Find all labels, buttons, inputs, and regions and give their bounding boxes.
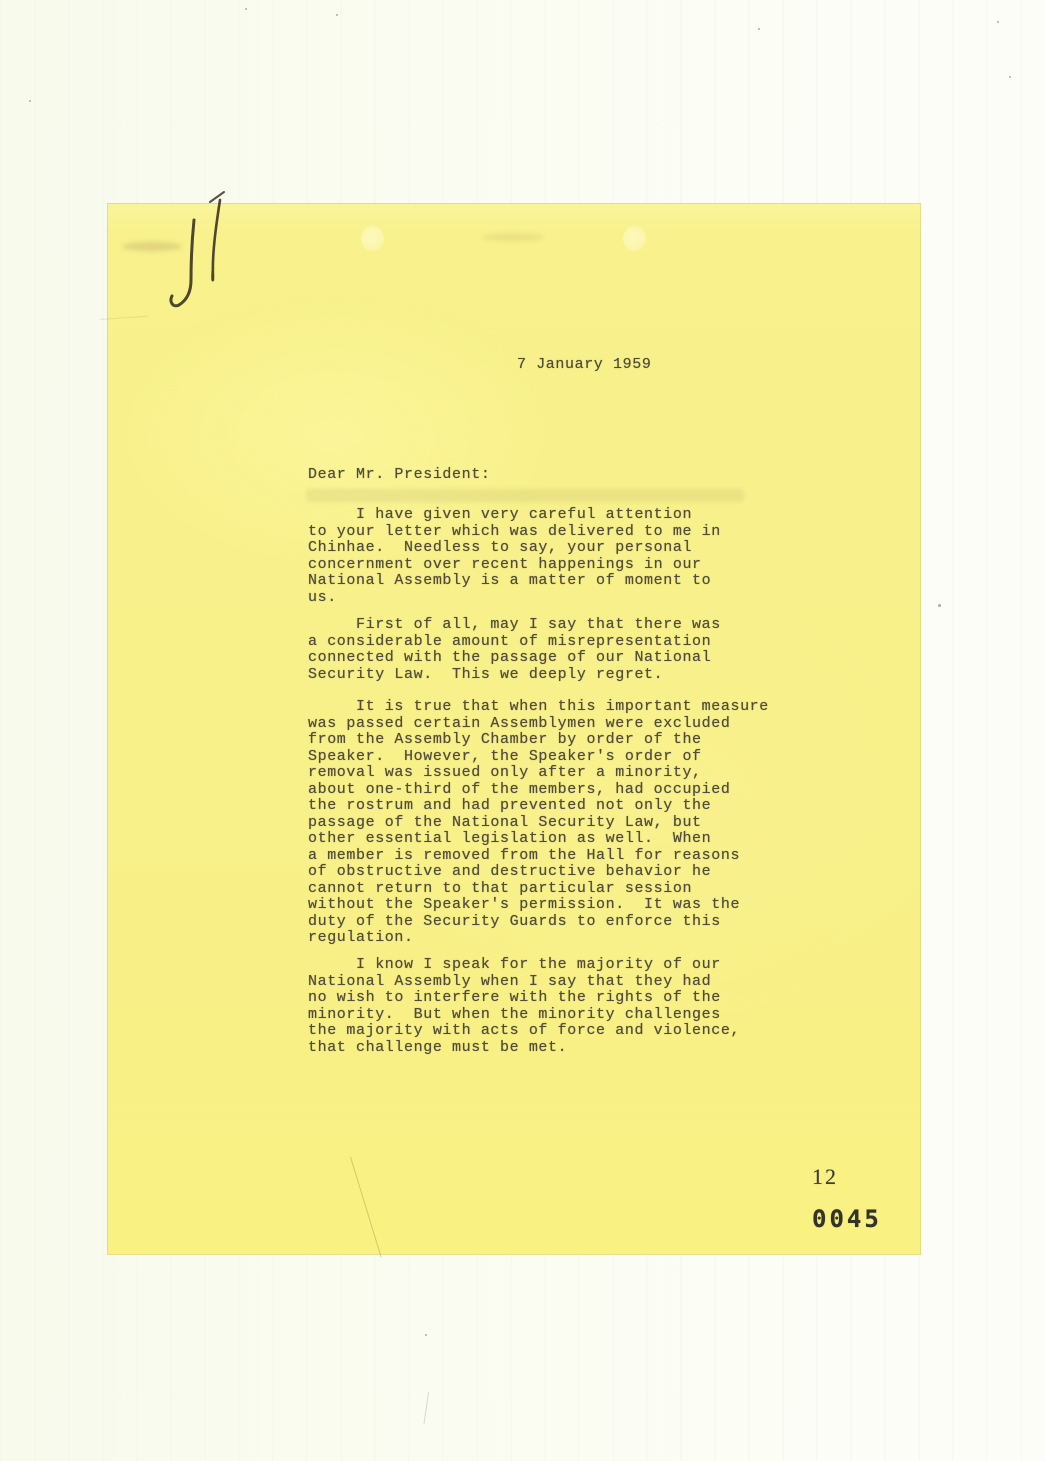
scan-speck: [1009, 76, 1011, 78]
paragraph: First of all, may I say that there was a…: [308, 617, 721, 683]
paragraph: It is true that when this important meas…: [308, 699, 769, 947]
salutation: Dear Mr. President:: [308, 467, 490, 484]
page-number: 12: [812, 1164, 838, 1190]
scanned-page: 7 January 1959 Dear Mr. President: I hav…: [0, 0, 1046, 1461]
paragraph: I know I speak for the majority of our N…: [308, 957, 740, 1056]
punch-hole-mark: [361, 226, 384, 251]
pencil-smudge: [122, 242, 182, 251]
paragraph: I have given very careful attention to y…: [308, 507, 721, 606]
punch-hole-mark: [623, 226, 646, 251]
scan-speck: [425, 1334, 427, 1336]
scan-speck: [997, 21, 999, 23]
scan-speck: [336, 14, 338, 16]
scan-speck: [938, 604, 941, 607]
ink-bleed-ghost: [306, 489, 744, 502]
scan-speck: [29, 100, 31, 102]
document-stamp-number: 0045: [812, 1205, 882, 1233]
letter-date: 7 January 1959: [517, 357, 651, 374]
scan-speck: [758, 28, 760, 30]
pencil-smudge: [482, 233, 544, 241]
scan-scratch: [424, 1392, 429, 1424]
scan-speck: [245, 8, 247, 10]
ink-scribble: [150, 188, 260, 348]
